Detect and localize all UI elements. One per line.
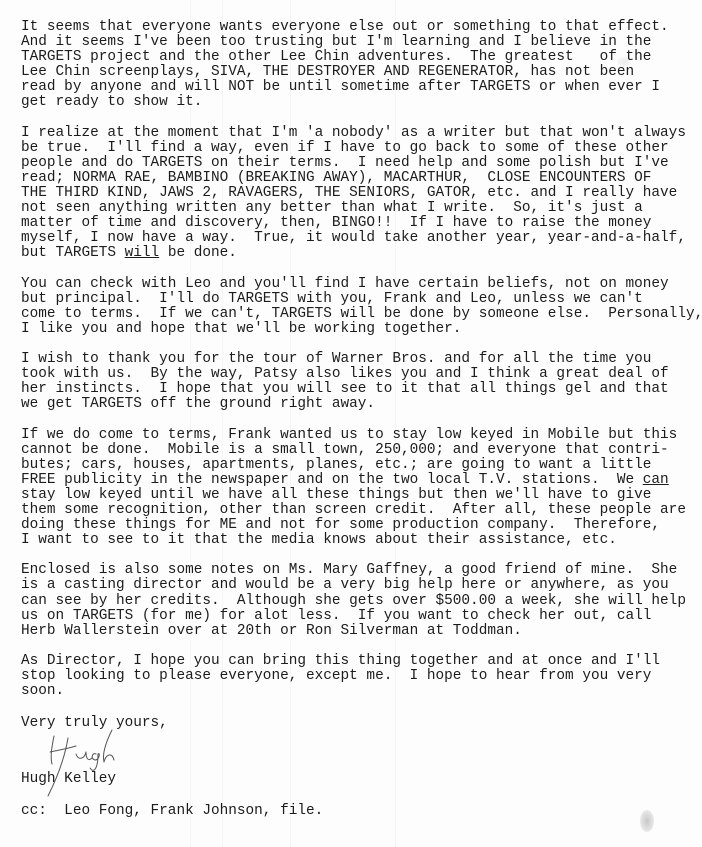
text-line: myself, I now have a way. True, it would… <box>21 231 702 246</box>
text-line: her instincts. I hope that you will see … <box>21 382 702 397</box>
text-line: stop looking to please everyone, except … <box>21 669 702 684</box>
letter-paragraph: I realize at the moment that I'm 'a nobo… <box>21 126 702 262</box>
letter-body: It seems that everyone wants everyone el… <box>21 20 702 714</box>
text-line: TARGETS project and the other Lee Chin a… <box>21 50 702 65</box>
text-line: I like you and hope that we'll be workin… <box>21 322 702 337</box>
text-line: soon. <box>21 684 702 699</box>
letter-paragraph: As Director, I hope you can bring this t… <box>21 654 702 699</box>
letter-paragraph: I wish to thank you for the tour of Warn… <box>21 352 702 412</box>
text-line: Enclosed is also some notes on Ms. Mary … <box>21 563 702 578</box>
text-line: stay low keyed until we have all these t… <box>21 488 702 503</box>
text-line: read by anyone and will NOT be until som… <box>21 80 702 95</box>
text-line: but principal. I'll do TARGETS with you,… <box>21 292 702 307</box>
text-line: FREE publicity in the newspaper and on t… <box>21 473 702 488</box>
text-line: took with us. By the way, Patsy also lik… <box>21 367 702 382</box>
text-line: doing these things for ME and not for so… <box>21 518 702 533</box>
text-line: THE THIRD KIND, JAWS 2, RAVAGERS, THE SE… <box>21 186 702 201</box>
letter-paragraph: If we do come to terms, Frank wanted us … <box>21 428 702 549</box>
text-line: read; NORMA RAE, BAMBINO (BREAKING AWAY)… <box>21 171 702 186</box>
text-line: butes; cars, houses, apartments, planes,… <box>21 458 702 473</box>
underlined-word: can <box>643 472 669 488</box>
text-line: us on TARGETS (for me) for alot less. If… <box>21 609 702 624</box>
text-line: we get TARGETS off the ground right away… <box>21 397 702 412</box>
text-line: You can check with Leo and you'll find I… <box>21 277 702 292</box>
paper-smudge <box>640 810 654 832</box>
text-line: And it seems I've been too trusting but … <box>21 35 702 50</box>
letter-paragraph: Enclosed is also some notes on Ms. Mary … <box>21 563 702 638</box>
handwritten-signature <box>40 728 150 798</box>
text-line: Herb Wallerstein over at 20th or Ron Sil… <box>21 624 702 639</box>
text-line: is a casting director and would be a ver… <box>21 578 702 593</box>
text-line: matter of time and discovery, then, BING… <box>21 216 702 231</box>
letter-page: It seems that everyone wants everyone el… <box>0 0 702 847</box>
text-line: I want to see to it that the media knows… <box>21 533 702 548</box>
text-line: come to terms. If we can't, TARGETS will… <box>21 307 702 322</box>
text-line: I realize at the moment that I'm 'a nobo… <box>21 126 702 141</box>
text-line: It seems that everyone wants everyone el… <box>21 20 702 35</box>
text-line: people and do TARGETS on their terms. I … <box>21 156 702 171</box>
letter-paragraph: You can check with Leo and you'll find I… <box>21 277 702 337</box>
text-line: cannot be done. Mobile is a small town, … <box>21 443 702 458</box>
text-line: be true. I'll find a way, even if I have… <box>21 141 702 156</box>
text-line: them some recognition, other than screen… <box>21 503 702 518</box>
text-line: Lee Chin screenplays, SIVA, THE DESTROYE… <box>21 65 702 80</box>
letter-paragraph: It seems that everyone wants everyone el… <box>21 20 702 111</box>
text-line: If we do come to terms, Frank wanted us … <box>21 428 702 443</box>
underlined-word: will <box>125 245 160 261</box>
text-line: not seen anything written any better tha… <box>21 201 702 216</box>
cc-line: cc: Leo Fong, Frank Johnson, file. <box>21 803 323 819</box>
text-line: As Director, I hope you can bring this t… <box>21 654 702 669</box>
text-line: get ready to show it. <box>21 95 702 110</box>
text-line: I wish to thank you for the tour of Warn… <box>21 352 702 367</box>
text-line: can see by her credits. Although she get… <box>21 594 702 609</box>
text-line: but TARGETS will be done. <box>21 246 702 261</box>
signer-name: Hugh Kelley <box>21 771 116 787</box>
